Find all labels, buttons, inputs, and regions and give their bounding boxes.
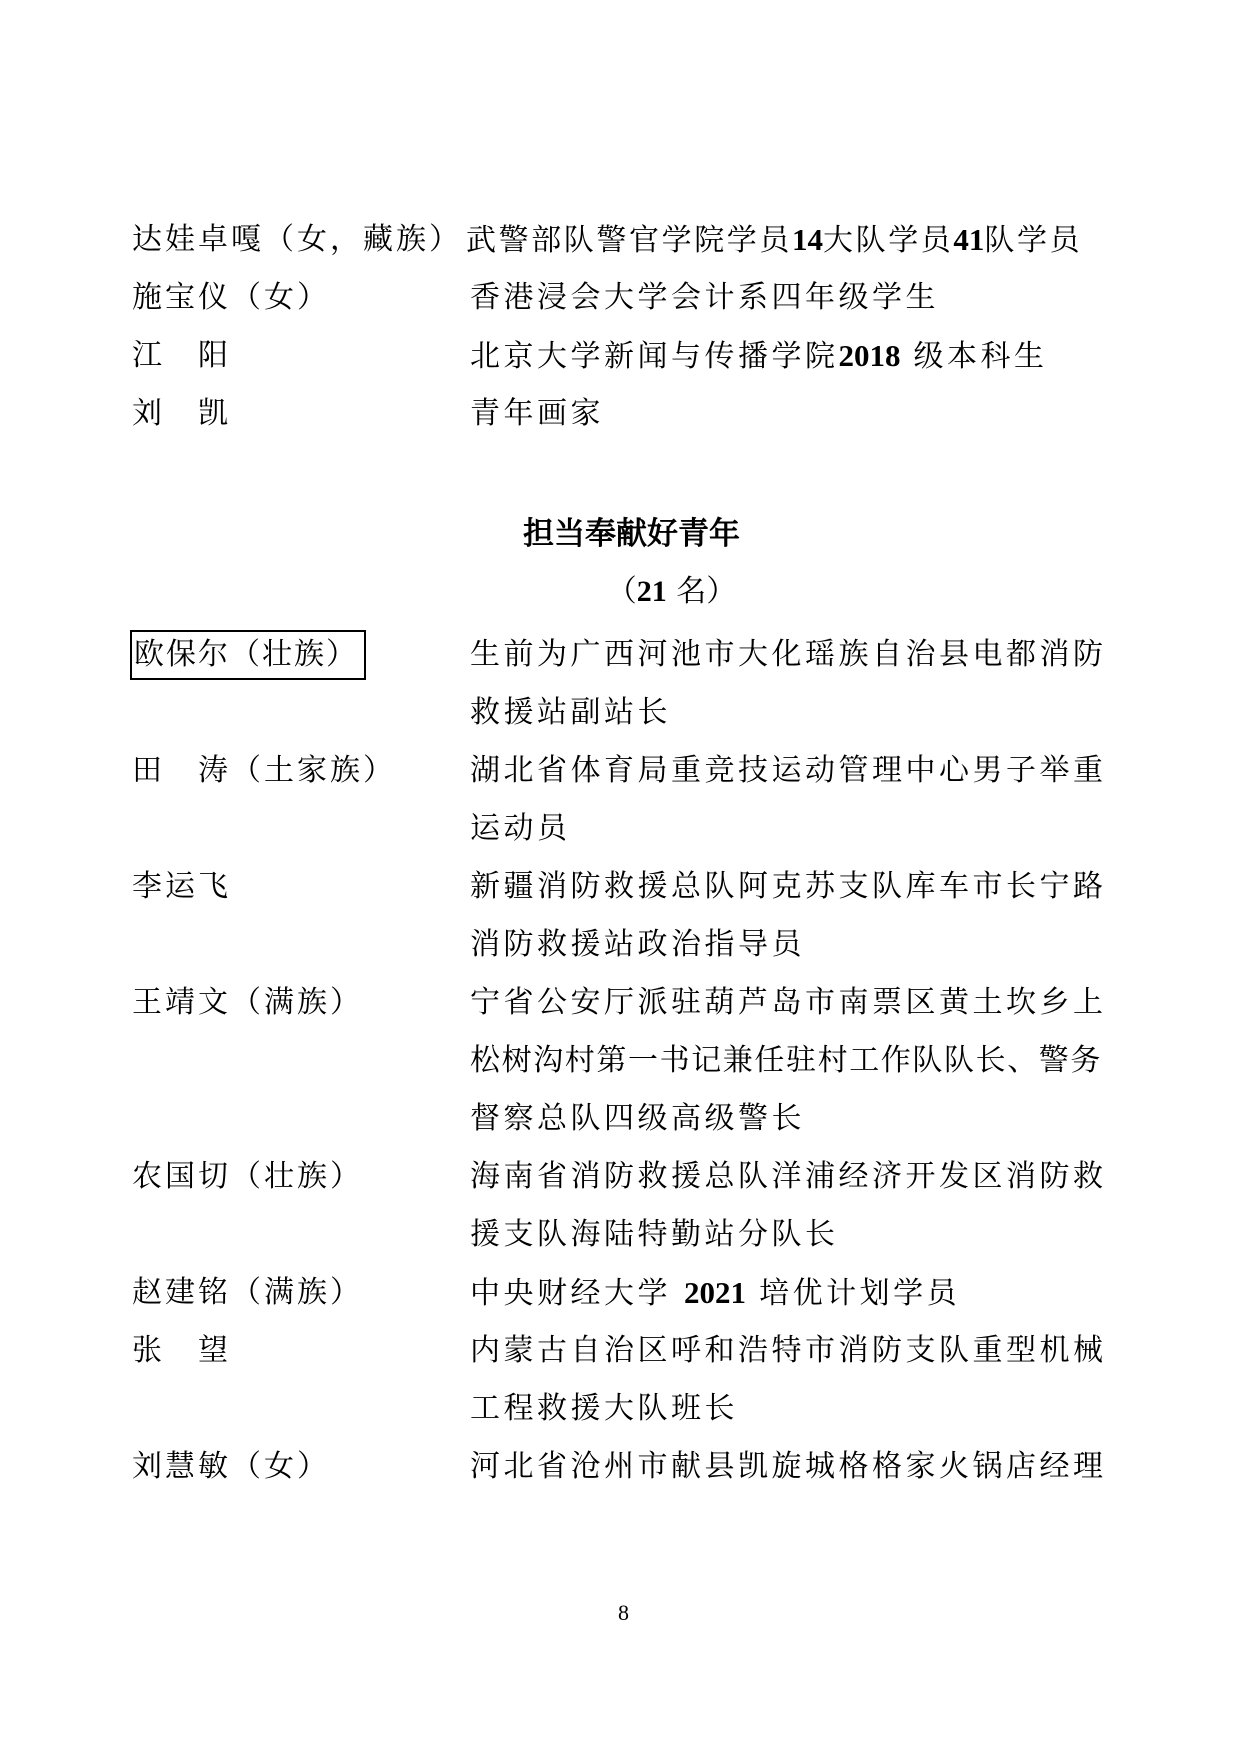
- person-name: 王靖文（满族）: [132, 981, 363, 1025]
- person-description: 督察总队四级高级警长: [470, 1097, 805, 1141]
- description-text: 大队学员: [823, 223, 953, 258]
- count-paren: （: [607, 574, 637, 609]
- list-item: 赵建铭（满族） 中央财经大学 2021 培优计划学员: [0, 1271, 1243, 1329]
- person-name: 刘慧敏（女）: [132, 1445, 330, 1489]
- person-description: 湖北省体育局重竞技运动管理中心男子举重: [470, 749, 1107, 793]
- person-description: 中央财经大学 2021 培优计划学员: [470, 1271, 960, 1316]
- person-description: 工程救援大队班长: [470, 1387, 738, 1431]
- list-item-continuation: 消防救援站政治指导员: [0, 923, 1243, 981]
- description-text: 级本科生: [901, 339, 1048, 374]
- list-item: 达娃卓嘎（女，藏族） 武警部队警官学院学员14大队学员41队学员: [0, 218, 1243, 276]
- list-item: 施宝仪（女） 香港浸会大学会计系四年级学生: [0, 276, 1243, 334]
- list-item: 江 阳 北京大学新闻与传播学院2018 级本科生: [0, 334, 1243, 392]
- person-description: 海南省消防救援总队洋浦经济开发区消防救: [470, 1155, 1107, 1199]
- description-number: 2021: [684, 1275, 746, 1310]
- list-item: 欧保尔（壮族） 生前为广西河池市大化瑶族自治县电都消防: [0, 633, 1243, 691]
- person-description: 香港浸会大学会计系四年级学生: [470, 276, 939, 320]
- person-name: 江 阳: [132, 334, 231, 378]
- person-name: 赵建铭（满族）: [132, 1271, 363, 1315]
- list-item-continuation: 松树沟村第一书记兼任驻村工作队队长、警务: [0, 1039, 1243, 1097]
- list-item: 田 涛（土家族） 湖北省体育局重竞技运动管理中心男子举重: [0, 749, 1243, 807]
- description-text: 北京大学新闻与传播学院: [470, 339, 839, 374]
- list-item-continuation: 援支队海陆特勤站分队长: [0, 1213, 1243, 1271]
- list-item: 刘慧敏（女） 河北省沧州市献县凯旋城格格家火锅店经理: [0, 1445, 1243, 1503]
- person-description: 援支队海陆特勤站分队长: [470, 1213, 839, 1257]
- person-description: 青年画家: [470, 392, 604, 436]
- description-text: 队学员: [984, 223, 1082, 258]
- person-name: 达娃卓嘎（女，藏族）: [132, 218, 462, 262]
- section-count: （21 名）: [0, 570, 1243, 614]
- list-item: 李运飞 新疆消防救援总队阿克苏支队库车市长宁路: [0, 865, 1243, 923]
- person-name: 施宝仪（女）: [132, 276, 330, 320]
- person-description: 武警部队警官学院学员14大队学员41队学员: [466, 218, 1082, 263]
- description-text: 武警部队警官学院学员: [466, 223, 792, 258]
- count-unit: 名）: [667, 574, 737, 609]
- document-page: 达娃卓嘎（女，藏族） 武警部队警官学院学员14大队学员41队学员 施宝仪（女） …: [0, 0, 1243, 1757]
- page-number: 8: [0, 1598, 1243, 1628]
- list-item-continuation: 救援站副站长: [0, 691, 1243, 749]
- person-name-highlighted: 欧保尔（壮族）: [130, 630, 366, 680]
- person-description: 运动员: [470, 807, 571, 851]
- person-name: 李运飞: [132, 865, 231, 909]
- list-item: 农国切（壮族） 海南省消防救援总队洋浦经济开发区消防救: [0, 1155, 1243, 1213]
- description-text: 中央财经大学: [470, 1276, 684, 1311]
- person-description: 宁省公安厅派驻葫芦岛市南票区黄土坎乡上: [470, 981, 1107, 1025]
- list-item-continuation: 工程救援大队班长: [0, 1387, 1243, 1445]
- person-name: 张 望: [132, 1329, 231, 1373]
- person-description: 救援站副站长: [470, 691, 671, 735]
- list-item: 刘 凯 青年画家: [0, 392, 1243, 450]
- list-item-continuation: 督察总队四级高级警长: [0, 1097, 1243, 1155]
- description-number: 2018: [839, 338, 901, 373]
- description-number: 41: [953, 222, 984, 257]
- list-item: 王靖文（满族） 宁省公安厅派驻葫芦岛市南票区黄土坎乡上: [0, 981, 1243, 1039]
- section-title: 担当奉献好青年: [0, 512, 1243, 556]
- list-item: 张 望 内蒙古自治区呼和浩特市消防支队重型机械: [0, 1329, 1243, 1387]
- list-item-continuation: 运动员: [0, 807, 1243, 865]
- person-description: 消防救援站政治指导员: [470, 923, 805, 967]
- person-description: 内蒙古自治区呼和浩特市消防支队重型机械: [470, 1329, 1107, 1373]
- person-name: 农国切（壮族）: [132, 1155, 363, 1199]
- person-description: 新疆消防救援总队阿克苏支队库车市长宁路: [470, 865, 1107, 909]
- description-number: 14: [792, 222, 823, 257]
- person-description: 生前为广西河池市大化瑶族自治县电都消防: [470, 633, 1107, 677]
- person-description: 北京大学新闻与传播学院2018 级本科生: [470, 334, 1048, 379]
- description-text: 培优计划学员: [746, 1276, 960, 1311]
- person-description: 松树沟村第一书记兼任驻村工作队队长、警务: [470, 1039, 1102, 1083]
- person-name: 田 涛（土家族）: [132, 749, 396, 793]
- person-description: 河北省沧州市献县凯旋城格格家火锅店经理: [470, 1445, 1107, 1489]
- count-number: 21: [637, 575, 667, 608]
- person-name: 刘 凯: [132, 392, 231, 436]
